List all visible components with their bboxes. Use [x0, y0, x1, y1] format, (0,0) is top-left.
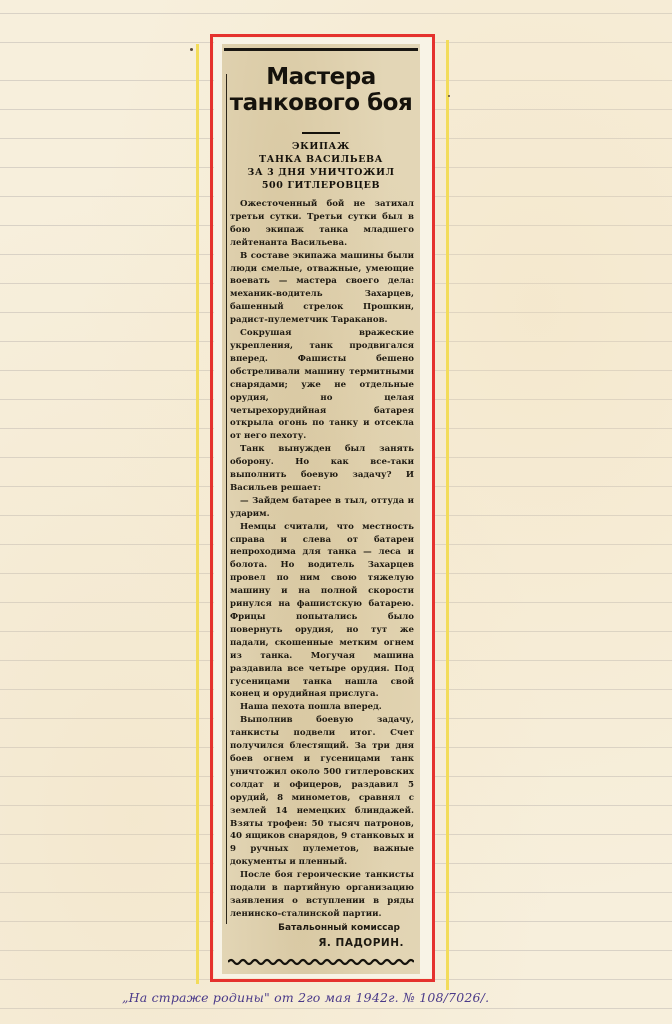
headline-line-1: Мастера	[222, 64, 420, 90]
subheadline-line: ЗА 3 ДНЯ УНИЧТОЖИЛ	[222, 166, 420, 179]
article-paragraph: Немцы считали, что местность справа и сл…	[230, 521, 414, 702]
clipping-top-rule	[224, 48, 418, 51]
signature-name: Я. ПАДОРИН.	[230, 937, 414, 950]
article-subheadline: ЭКИПАЖ ТАНКА ВАСИЛЬЕВА ЗА 3 ДНЯ УНИЧТОЖИ…	[222, 140, 420, 192]
article-paragraph: Ожесточенный бой не затихал третьи сутки…	[230, 198, 414, 250]
headline-divider	[302, 132, 340, 134]
frame-right-yellow-line	[446, 40, 449, 990]
subheadline-line: ТАНКА ВАСИЛЬЕВА	[222, 153, 420, 166]
frame-left-red-line	[210, 36, 213, 982]
article-paragraph: После боя героические танкисты подали в …	[230, 869, 414, 921]
wavy-divider	[228, 958, 414, 966]
headline-line-2: танкового боя	[222, 90, 420, 116]
article-paragraph: Танк вынужден был занять оборону. Но как…	[230, 443, 414, 495]
paper-speck	[448, 95, 450, 97]
article-paragraph: Наша пехота пошла вперед.	[230, 701, 414, 714]
subheadline-line: ЭКИПАЖ	[222, 140, 420, 153]
frame-top-red-line	[210, 34, 435, 37]
article-body: Ожесточенный бой не затихал третьи сутки…	[230, 198, 414, 950]
frame-right-red-line	[432, 34, 435, 982]
article-paragraph: Выполнив боевую задачу, танкисты подвели…	[230, 714, 414, 869]
newspaper-clipping: Мастера танкового боя ЭКИПАЖ ТАНКА ВАСИЛ…	[222, 44, 420, 974]
paper-speck	[190, 48, 193, 51]
handwritten-source-annotation: „На страже родины" от 2го мая 1942г. № 1…	[122, 990, 522, 1005]
article-headline: Мастера танкового боя	[222, 64, 420, 116]
article-paragraph: Сокрушая вражеские укрепления, танк прод…	[230, 327, 414, 443]
article-paragraph: В составе экипажа машины были люди смелы…	[230, 250, 414, 327]
subheadline-line: 500 ГИТЛЕРОВЦЕВ	[222, 179, 420, 192]
signature-title: Батальонный комиссар	[230, 922, 414, 935]
frame-left-yellow-line	[196, 44, 199, 984]
clipping-column-rule	[226, 74, 227, 924]
frame-bottom-red-line	[210, 979, 435, 982]
article-paragraph: — Зайдем батарее в тыл, оттуда и ударим.	[230, 495, 414, 521]
